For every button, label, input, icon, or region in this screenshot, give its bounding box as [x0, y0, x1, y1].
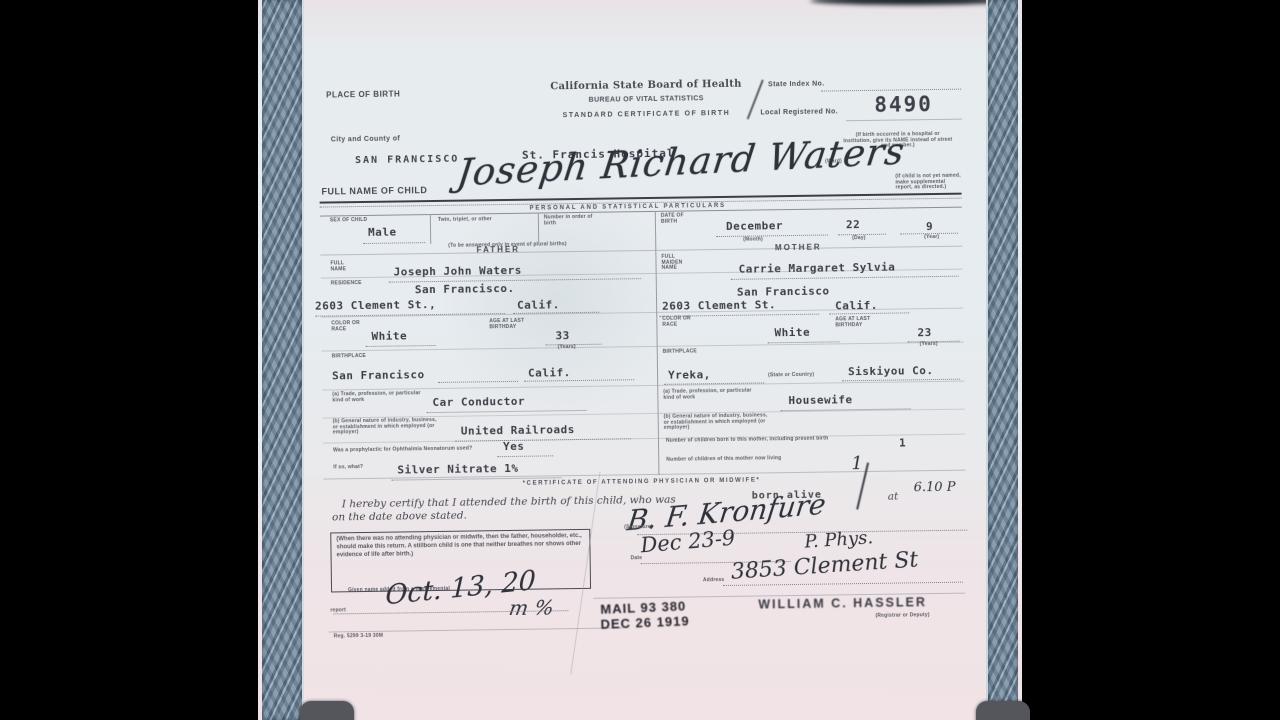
local-registered-underline — [847, 118, 962, 122]
silver-nitrate-value: Silver Nitrate 1% — [397, 462, 518, 477]
mother-state-underline — [829, 311, 909, 314]
mother-name-value: Carrie Margaret Sylvia — [739, 261, 896, 276]
footer-left-line — [329, 627, 629, 632]
father-birthplace-state: Calif. — [528, 366, 571, 380]
father-industry-note: (b) General nature of industry, business… — [333, 418, 438, 436]
date-of-birth-label: DATE OF BIRTH — [661, 213, 697, 225]
video-frame-background: PLACE OF BIRTH California State Board of… — [0, 0, 1280, 720]
mother-color-label: COLOR OR RACE — [662, 316, 696, 327]
children-living-value: 1 — [851, 453, 863, 474]
local-registered-label: Local Registered No. — [760, 108, 838, 116]
father-color-label: COLOR OR RACE — [331, 321, 365, 332]
mother-residence-city: San Francisco — [737, 284, 830, 298]
father-color-value: White — [371, 329, 407, 342]
father-color-underline — [366, 344, 436, 347]
father-residence-state: Calif. — [517, 298, 560, 312]
place-of-birth-label: PLACE OF BIRTH — [326, 89, 400, 99]
city-county-value: SAN FRANCISCO — [355, 154, 459, 166]
mother-color-value: White — [774, 326, 810, 339]
certificate-content: PLACE OF BIRTH California State Board of… — [316, 65, 984, 674]
mother-residence-street: 2603 Clement St. — [662, 298, 776, 313]
father-name-label: FULL NAME — [330, 261, 360, 272]
father-birthplace-label: BIRTHPLACE — [332, 354, 376, 360]
mother-industry-note: (b) General nature of industry, business… — [664, 413, 769, 431]
day-note: (Day) — [852, 236, 882, 242]
row-line-5 — [322, 381, 964, 391]
father-birthplace-state-underline — [524, 378, 634, 382]
mother-age-label: AGE AT LAST BIRTHDAY — [835, 317, 885, 329]
city-county-label: City and County of — [331, 135, 401, 143]
mother-birthplace-note: (State or Country) — [768, 373, 828, 379]
certificate-left-border-ornament — [262, 0, 304, 720]
full-name-of-child-label: FULL NAME OF CHILD — [321, 185, 427, 196]
year-note: (Year) — [924, 235, 954, 241]
father-age-label: AGE AT LAST BIRTHDAY — [489, 319, 539, 331]
board-title: California State Board of Health — [506, 78, 786, 93]
prophylactic-label: Was a prophylactic for Ophthalmia Neonat… — [333, 446, 498, 454]
cropped-top-text-smudge — [810, 0, 1010, 5]
mother-birthplace-region: Siskiyou Co. — [848, 364, 934, 378]
physician-address-value: 3853 Clement St — [730, 547, 919, 584]
father-occupation-underline — [427, 409, 587, 413]
dob-month-value: December — [726, 219, 783, 233]
mother-birthplace-label: BIRTHPLACE — [663, 349, 707, 355]
registrar-name-stamp: WILLIAM C. HASSLER — [758, 595, 927, 611]
sex-underline — [363, 241, 425, 244]
father-birthplace-dotted — [438, 380, 518, 383]
father-name-value: Joseph John Waters — [394, 264, 522, 279]
physician-signature-value: B. F. Kronfure — [625, 476, 968, 538]
state-index-label: State Index No. — [768, 81, 825, 89]
bureau-subtitle: BUREAU OF VITAL STATISTICS — [506, 94, 786, 105]
no-physician-instruction-text: (When there was no attending physician o… — [336, 532, 582, 559]
local-registered-number: 8490 — [874, 92, 933, 117]
bottom-left-corner-shape — [300, 701, 354, 720]
sex-value: Male — [368, 226, 397, 239]
certify-line-2: on the date above stated. — [332, 510, 467, 524]
children-born-label: Number of children born to this mother, … — [666, 436, 876, 444]
father-section-title: FATHER — [418, 244, 578, 255]
mother-occupation-label: (a) Trade, profession, or particular kin… — [663, 388, 759, 400]
children-born-value: 1 — [899, 436, 906, 449]
father-residence-street: 2603 Clement St., — [315, 298, 436, 313]
father-occupation-value: Car Conductor — [432, 395, 525, 409]
twin-triplet-label: Twin, triplet, or other — [438, 217, 498, 223]
row-line-4 — [322, 342, 964, 352]
father-years-note: (Years) — [558, 345, 588, 351]
standard-certificate-title: STANDARD CERTIFICATE OF BIRTH — [506, 109, 786, 120]
mother-age-value: 23 — [917, 326, 931, 339]
certificate-right-border-ornament — [986, 0, 1018, 720]
physician-degree-value: P. Phys. — [804, 527, 874, 553]
state-index-blank-line — [821, 88, 961, 92]
mother-occupation-value: Housewife — [788, 393, 852, 407]
dob-day-value: 22 — [846, 218, 860, 231]
mother-name-underline — [731, 275, 959, 280]
received-stamp-line2: DEC 26 1919 — [600, 613, 690, 632]
prophylactic-value: Yes — [503, 440, 525, 453]
father-residence-label: RESIDENCE — [331, 281, 375, 287]
child-full-name-value: Joseph Richard Waters — [455, 127, 960, 195]
twin-cell-divider — [538, 213, 539, 243]
signature-label: (Signature) — [624, 525, 664, 531]
mother-residence-state: Calif. — [835, 299, 878, 313]
father-industry-underline — [455, 437, 631, 441]
father-occupation-label: (a) Trade, profession, or particular kin… — [332, 391, 428, 403]
father-age-value: 33 — [555, 329, 569, 342]
father-industry-value: United Railroads — [461, 423, 575, 438]
children-living-label: Number of children of this mother now li… — [666, 455, 856, 463]
mother-section-title: MOTHER — [718, 242, 878, 253]
prophylactic-underline — [497, 454, 553, 457]
sex-of-child-label: SEX OF CHILD — [330, 218, 370, 224]
mother-name-label: FULL MAIDEN NAME — [661, 254, 695, 271]
registrar-title-note: (Registrar or Deputy) — [875, 613, 955, 620]
mother-birthplace-value: Yreka, — [668, 368, 711, 382]
bottom-right-corner-shape — [976, 701, 1030, 720]
order-of-birth-label: Number in order of birth — [544, 215, 604, 227]
if-so-what-label: If so, what? — [333, 465, 377, 471]
unnamed-child-note: (If child is not yet named, make supplem… — [895, 174, 961, 191]
sex-cell-divider — [430, 214, 431, 244]
given-name-initials-value: m % — [507, 595, 555, 620]
father-residence-city: San Francisco. — [415, 282, 515, 296]
form-print-info: Reg. 5299 3-19 30M — [334, 633, 424, 640]
father-birthplace-value: San Francisco — [332, 368, 425, 382]
mother-years-note: (Years) — [920, 342, 950, 348]
